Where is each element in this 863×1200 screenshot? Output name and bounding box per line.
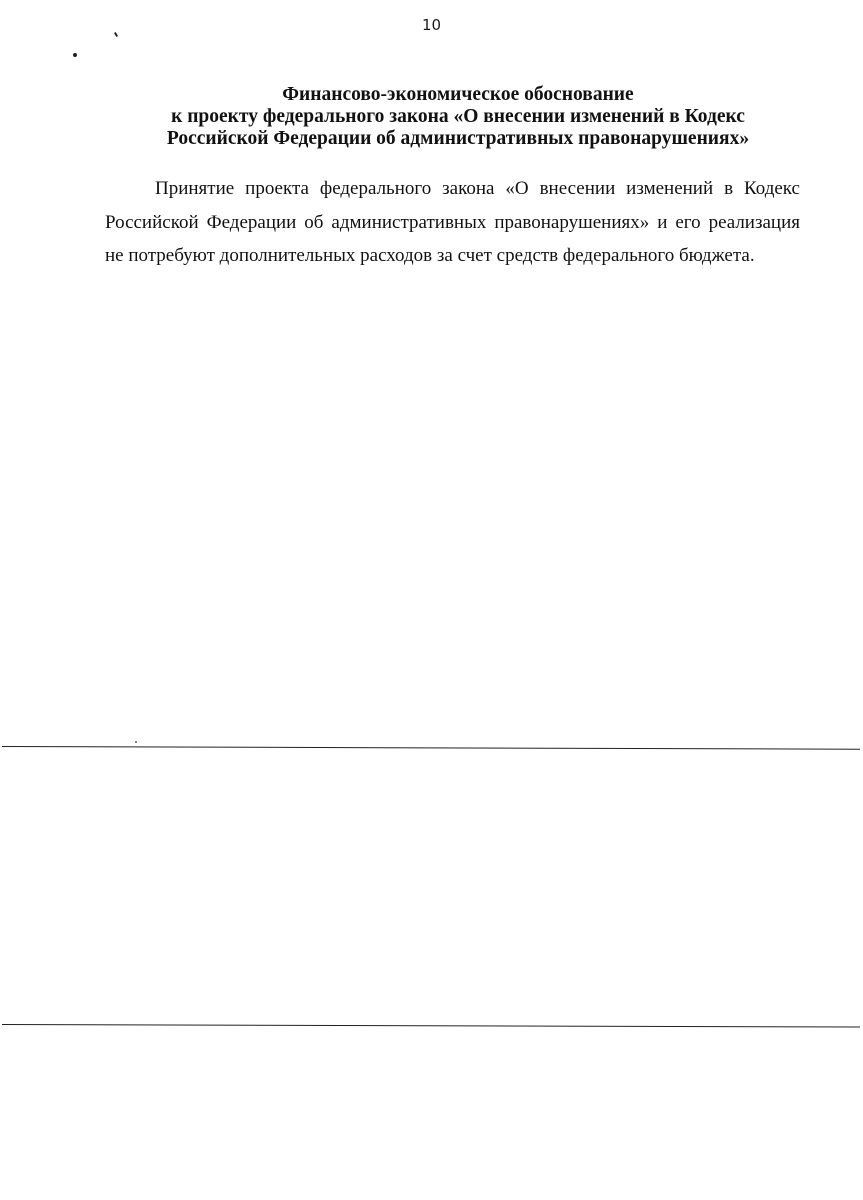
title-line-3: Российской Федерации об административных… xyxy=(0,128,863,150)
horizontal-divider xyxy=(2,1024,860,1028)
document-title: Финансово-экономическое обоснование к пр… xyxy=(0,84,863,150)
body-paragraph: Принятие проекта федерального закона «О … xyxy=(105,172,800,273)
title-line-2: к проекту федерального закона «О внесени… xyxy=(0,106,863,128)
horizontal-divider xyxy=(2,746,860,750)
page-number: 10 xyxy=(0,16,863,34)
scan-speck xyxy=(135,741,137,743)
scan-speck xyxy=(73,53,77,57)
document-body: Принятие проекта федерального закона «О … xyxy=(105,172,800,273)
title-line-1: Финансово-экономическое обоснование xyxy=(0,84,863,106)
